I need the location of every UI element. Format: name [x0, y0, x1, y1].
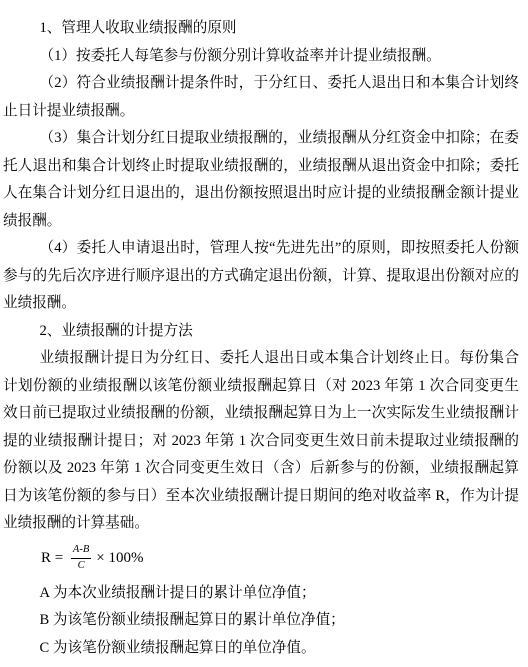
section-1-heading: 1、管理人收取业绩报酬的原则 — [3, 15, 519, 43]
definition-b: B 为该笔份额业绩报酬起算日的累计单位净值； — [3, 607, 519, 635]
clause-1-1: （1）按委托人每笔参与份额分别计算收益率并计提业绩报酬。 — [3, 43, 519, 71]
formula-denominator: C — [78, 559, 85, 573]
definition-a: A 为本次业绩报酬计提日的累计单位净值； — [3, 580, 519, 608]
clause-1-4: （4）委托人申请退出时，管理人按“先进先出”的原则，即按照委托人份额参与的先后次… — [3, 235, 519, 318]
section-2-heading: 2、业绩报酬的计提方法 — [3, 318, 519, 346]
return-rate-formula: R = A-B C × 100% — [3, 539, 519, 579]
formula-lhs: R = — [41, 550, 67, 567]
clause-1-3: （3）集合计划分红日提取业绩报酬的，业绩报酬从分红资金中扣除；在委托人退出和集合… — [3, 125, 519, 235]
definition-c: C 为该笔份额业绩报酬起算日的单位净值。 — [3, 635, 519, 663]
section-2-body: 业绩报酬计提日为分红日、委托人退出日或本集合计划终止日。每份集合计划份额的业绩报… — [3, 345, 519, 538]
formula-suffix: × 100% — [96, 550, 143, 567]
clause-1-2: （2）符合业绩报酬计提条件时，于分红日、委托人退出日和本集合计划终止日计提业绩报… — [3, 70, 519, 125]
formula-numerator: A-B — [71, 544, 91, 559]
formula-fraction: A-B C — [71, 544, 91, 572]
document-page: 1、管理人收取业绩报酬的原则 （1）按委托人每笔参与份额分别计算收益率并计提业绩… — [0, 0, 528, 667]
